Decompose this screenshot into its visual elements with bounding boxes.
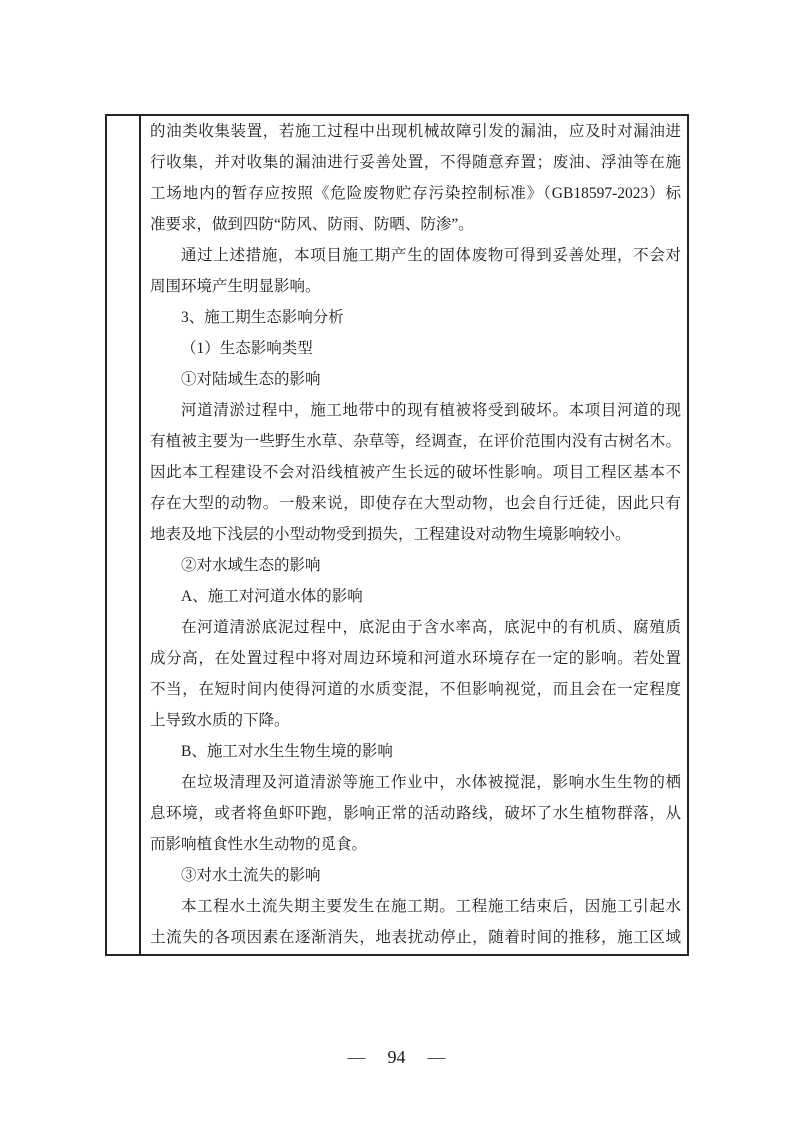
text-line: 而影响植食性水生动物的觅食。 (150, 829, 681, 860)
text-line: 不当，在短时间内使得河道的水质变混，不但影响视觉，而且会在一定程度 (150, 674, 681, 705)
text-line: 成分高，在处置过程中将对周边环境和河道水环境存在一定的影响。若处置 (150, 643, 681, 674)
footer-right-dash: — (428, 1047, 446, 1067)
text-line: 工场地内的暂存应按照《危险废物贮存污染控制标准》（GB18597-2023）标 (150, 178, 681, 209)
text-line: 本工程水土流失期主要发生在施工期。工程施工结束后，因施工引起水 (150, 891, 681, 922)
text-line: 河道清淤过程中，施工地带中的现有植被将受到破坏。本项目河道的现 (150, 395, 681, 426)
text-line: 因此本工程建设不会对沿线植被产生长远的破坏性影响。项目工程区基本不 (150, 457, 681, 488)
page-number: 94 (388, 1044, 406, 1070)
text-line: 周围环境产生明显影响。 (150, 271, 681, 302)
text-line: 行收集，并对收集的漏油进行妥善处置，不得随意弃置；废油、浮油等在施 (150, 147, 681, 178)
text-line: 在垃圾清理及河道清淤等施工作业中，水体被搅混，影响水生生物的栖 (150, 767, 681, 798)
text-line: 土流失的各项因素在逐渐消失，地表扰动停止，随着时间的推移，施工区域 (150, 922, 681, 953)
text-line: 存在大型的动物。一般来说，即使存在大型动物，也会自行迁徒，因此只有 (150, 488, 681, 519)
text-line: ③对水土流失的影响 (150, 860, 681, 891)
text-line: 3、施工期生态影响分析 (150, 302, 681, 333)
table-content-cell: 的油类收集装置，若施工过程中出现机械故障引发的漏油，应及时对漏油进行收集，并对收… (141, 116, 687, 954)
text-line: 息环境，或者将鱼虾吓跑，影响正常的活动路线，破坏了水生植物群落，从 (150, 798, 681, 829)
text-line: 有植被主要为一些野生水草、杂草等，经调查，在评价范围内没有古树名木。 (150, 426, 681, 457)
text-line: 上导致水质的下降。 (150, 705, 681, 736)
text-line: B、施工对水生生物生境的影响 (150, 736, 681, 767)
text-line: 准要求，做到四防“防风、防雨、防晒、防渗”。 (150, 209, 681, 240)
document-page: 的油类收集装置，若施工过程中出现机械故障引发的漏油，应及时对漏油进行收集，并对收… (0, 0, 793, 1122)
text-line: 在河道清淤底泥过程中，底泥由于含水率高，底泥中的有机质、腐殖质 (150, 612, 681, 643)
table-left-stub-cell (107, 116, 141, 954)
page-footer: —94— (0, 1044, 793, 1070)
text-line: 通过上述措施，本项目施工期产生的固体废物可得到妥善处理，不会对 (150, 240, 681, 271)
text-line: ①对陆域生态的影响 (150, 364, 681, 395)
text-line: 的油类收集装置，若施工过程中出现机械故障引发的漏油，应及时对漏油进 (150, 116, 681, 147)
text-line: （1）生态影响类型 (150, 333, 681, 364)
content-table: 的油类收集装置，若施工过程中出现机械故障引发的漏油，应及时对漏油进行收集，并对收… (105, 114, 689, 956)
text-line: ②对水域生态的影响 (150, 550, 681, 581)
text-line: 地表及地下浅层的小型动物受到损失，工程建设对动物生境影响较小。 (150, 519, 681, 550)
footer-left-dash: — (348, 1047, 366, 1067)
text-line: A、施工对河道水体的影响 (150, 581, 681, 612)
